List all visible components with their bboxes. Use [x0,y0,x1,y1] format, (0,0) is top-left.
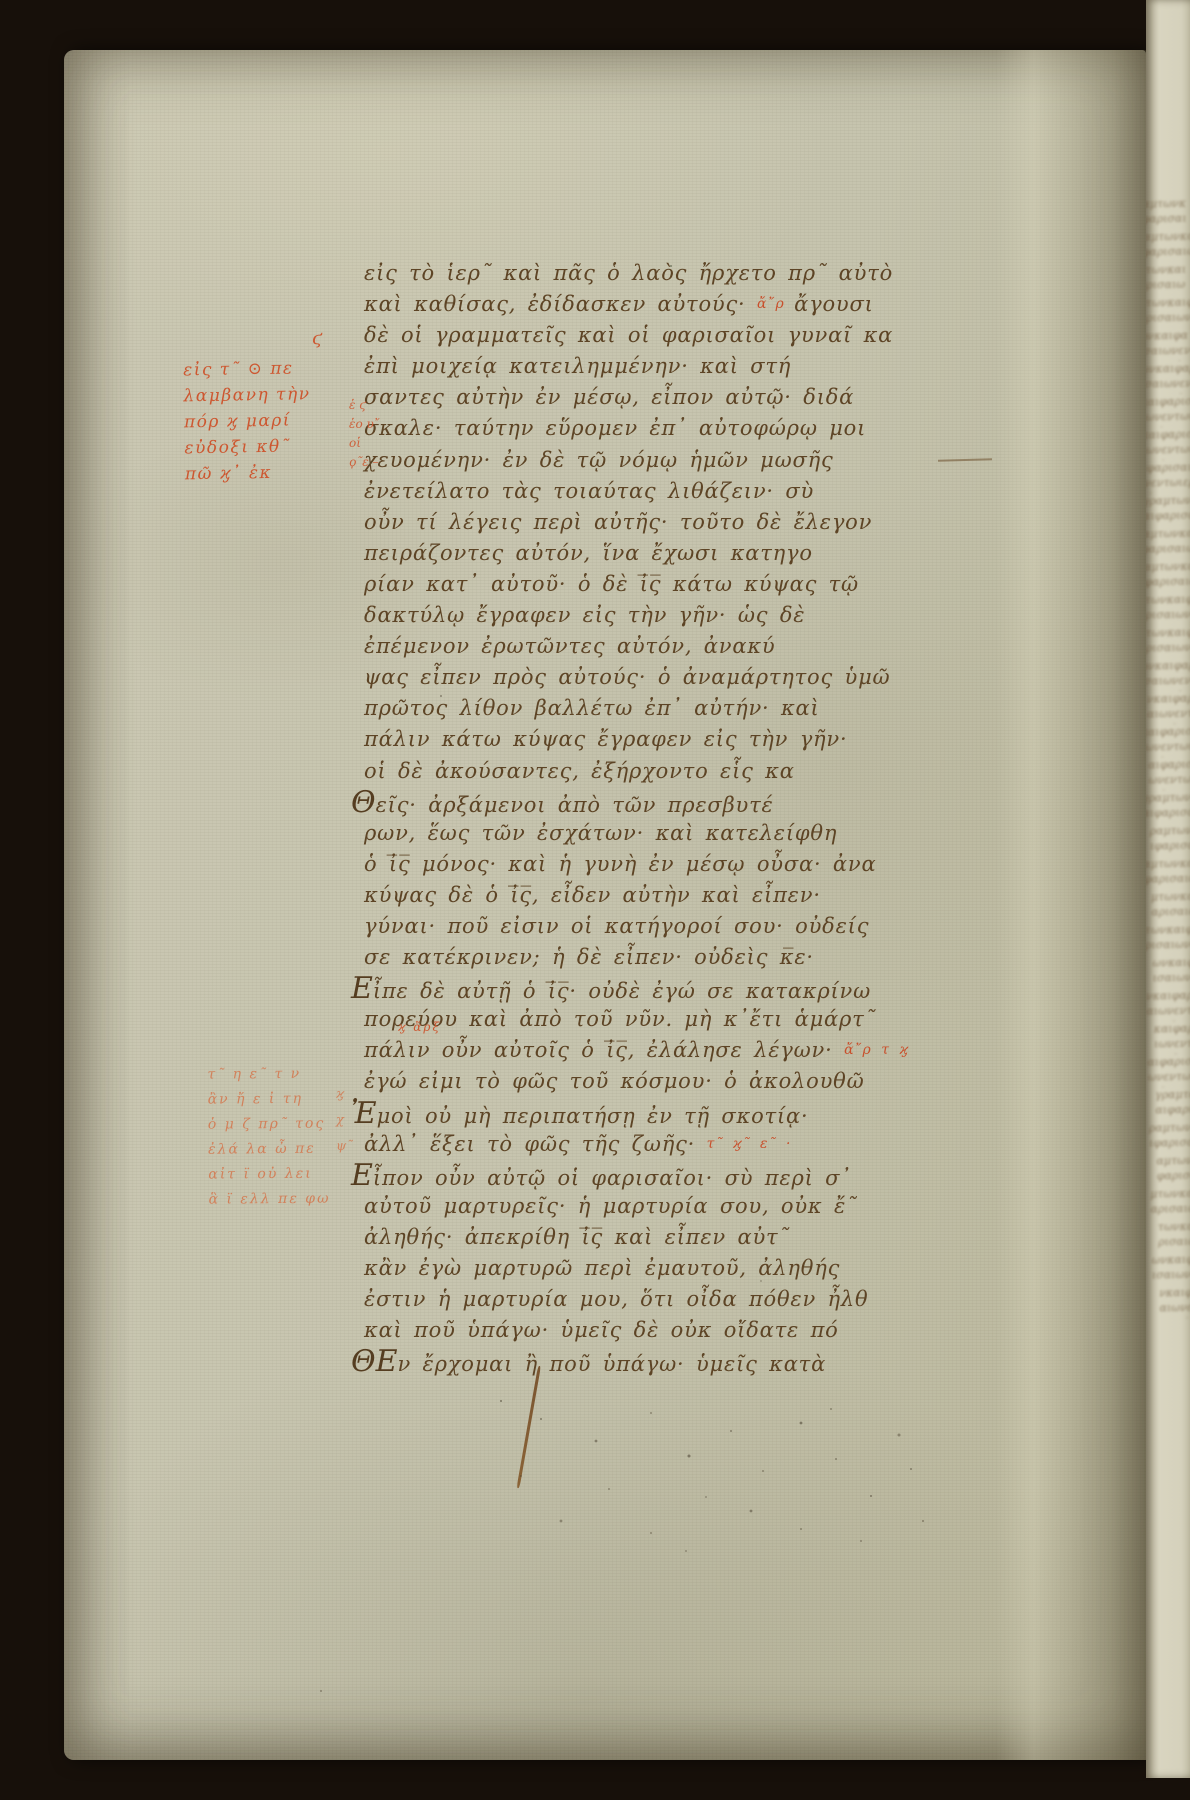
fore-edge-text-line: αιφαρισαιωνεντωιερω λεγοντεςπεριαυτουγρα… [1148,756,1190,790]
margin-mark: ψ῀ [336,1134,353,1160]
fore-edge-text-line: νκαιφαρισαιωνεντωιερω λεγοντεςπεριαυτουγ… [1147,690,1190,724]
text-line: σκαλε· ταύτην εὕρομεν ἐπ᾽ αὐτοφώρῳ μοι [364,413,1104,444]
fore-edge-text-line: ωνκαιφαρισαιωνεντωιερω λεγοντεςπεριαυτου… [1152,954,1190,988]
margin-mark: ϙ῀ε – [349,453,380,472]
text-line: πειράζοντες αὐτόν, ἵνα ἔχωσι κατηγο [364,538,1104,569]
fore-edge-text-line: γραμτωνκαιφαρισαιωνεντωιερω λεγοντεςπερι… [1146,790,1190,824]
rubric-line: αἰτ ϊ οὐ λει [208,1161,358,1187]
text-line: δὲ οἱ γραμματεῖς καὶ οἱ φαρισαῖοι γυναῖ … [364,320,1104,351]
fore-edge-text-line: τωνκαιφαρισαιωνεντωιερω λεγοντεςπεριαυτο… [1158,1218,1190,1252]
fore-edge-text-line: νκαιφαρισαιωνεντωιερω λεγοντεςπεριαυτουγ… [1146,394,1190,428]
fore-edge-text-line: τωνκαιφαρισαιωνεντωιερω λεγοντεςπεριαυτο… [1146,921,1190,955]
text-line: ΘΕν ἔρχομαι ἢ ποῦ ὑπάγω· ὑμεῖς κατὰ [364,1346,1104,1377]
text-line: πάλιν οὖν αὐτοῖς ὁ ἰ̅ς̅, ἐλάλησε λέγων· … [364,1035,1104,1066]
text-line: εἰς τὸ ἱερ῀ καὶ πᾶς ὁ λαὸς ἤρχετο πρ῀ αὐ… [364,258,1104,289]
fore-edge-text-line: γραμτωνκαιφαρισαιωνεντωιερω λεγοντεςπερι… [1155,1086,1190,1120]
text-line: οἱ δὲ ἀκούσαντες, ἐξήρχοντο εἷς κα [364,756,1104,787]
fore-edge-text-line: ραμτωνκαιφαρισαιωνεντωιερω λεγοντεςπερια… [1149,822,1190,856]
fore-edge-blurred-text: γραμτωνκαιφαρισαιωνεντωιερω λεγοντεςπερι… [1146,195,1190,1318]
text-line: αὐτοῦ μαρτυρεῖς· ἡ μαρτυρία σου, οὐκ ἔ῀ [364,1191,1104,1222]
text-line: ἐστιν ἡ μαρτυρία μου, ὅτι οἶδα πόθεν ἦλθ [364,1284,1104,1315]
fore-edge-text-line: ραμτωνκαιφαρισαιωνεντωιερω λεγοντεςπερια… [1146,526,1190,560]
margin-mark: χ [336,1108,353,1134]
fore-edge-text-line: αμτωνκαιφαρισαιωνεντωιερω λεγοντεςπεριαυ… [1146,855,1190,889]
fore-edge-text-line: νκαιφαρισαιωνεντωιερω λεγοντεςπεριαυτουγ… [1159,1284,1190,1318]
fore-edge-text-line: ραμτωνκαιφαρισαιωνεντωιερω λεγοντεςπερια… [1146,228,1190,262]
text-line: ὁ ἰ̅ς̅ μόνος· καὶ ἡ γυνὴ ἐν μέσῳ οὖσα· ἀ… [364,849,1104,880]
text-line: κἂν ἐγὼ μαρτυρῶ περὶ ἐμαυτοῦ, ἀληθής [364,1253,1104,1284]
margin-mark: ἑο υ῎ [349,415,380,434]
text-line: ἀληθής· ἀπεκρίθη ἰ̅ς̅ καὶ εἶπεν αὐτ῀ [364,1222,1104,1253]
margin-marks-upper: ἑ ϛἑο υ῎οἱϙ῀ε – [349,396,380,472]
fore-edge-text-line: μτωνκαιφαρισαιωνεντωιερω λεγοντεςπεριαυτ… [1150,1185,1190,1219]
fore-edge-text-line: μτωνκαιφαρισαιωνεντωιερω λεγοντεςπεριαυτ… [1146,592,1190,626]
fore-edge-text-line: μτωνκαιφαρισαιωνεντωιερω λεγοντεςπεριαυτ… [1146,294,1190,328]
margin-mark: ϗ [336,1082,353,1108]
rubric-line: πόρ ϗ μαρί [184,407,344,436]
fore-edge-text-line: γραμτωνκαιφαρισαιωνεντωιερω λεγοντεςπερι… [1146,196,1190,230]
rubric-line: ἃ ϊ ελλ πε φω [208,1186,358,1212]
fore-edge-text-line: καιφαρισαιωνεντωιερω λεγοντεςπεριαυτουγρ… [1146,724,1190,758]
rubric-line: λαμβανη τὴν [183,381,343,410]
fore-edge-next-leaf: γραμτωνκαιφαρισαιωνεντωιερω λεγοντεςπερι… [1146,0,1190,1778]
text-line: πάλιν κάτω κύψας ἔγραφεν εἰς τὴν γῆν· [364,724,1104,755]
fore-edge-text-line: αμτωνκαιφαρισαιωνεντωιερω λεγοντεςπεριαυ… [1146,262,1190,296]
interlinear-rubric: ϗ ἄρξ [398,1020,441,1034]
text-line: Θεῖς· ἀρξάμενοι ἀπὸ τῶν πρεσβυτέ [364,787,1104,818]
fore-edge-text-line: ωνκαιφαρισαιωνεντωιερω λεγοντεςπεριαυτου… [1146,360,1190,394]
main-text-block: εἰς τὸ ἱερ῀ καὶ πᾶς ὁ λαὸς ἤρχετο πρ῀ αὐ… [364,258,1104,1377]
text-line: κύψας δὲ ὁ ἰ̅ς̅, εἶδεν αὐτὴν καὶ εἶπεν· [364,880,1104,911]
margin-marks-lower: ϗχψ῀ [336,1082,353,1160]
rubric-line: πῶ ϗ᾽ ἐκ [185,459,345,488]
text-line: γύναι· ποῦ εἰσιν οἱ κατήγοροί σου· οὐδεί… [364,911,1104,942]
text-line: ἀλλ᾽ ἕξει τὸ φῶς τῆς ζωῆς· τ῀ ϗ῀ ε῀ · [364,1129,1104,1160]
fore-edge-text-line: τωνκαιφαρισαιωνεντωιερω λεγοντεςπεριαυτο… [1146,328,1190,362]
text-line: ἐνετείλατο τὰς τοιαύτας λιθάζειν· σὺ [364,476,1104,507]
text-line: δακτύλῳ ἔγραφεν εἰς τὴν γῆν· ὡς δὲ [364,600,1104,631]
margin-mark: οἱ [349,434,380,453]
text-line: ἐγώ εἰμι τὸ φῶς τοῦ κόσμου· ὁ ἀκολουθῶ [364,1066,1104,1097]
fore-edge-text-line: αιφαρισαιωνεντωιερω λεγοντεςπεριαυτουγρα… [1146,460,1190,494]
fore-edge-text-line: τωνκαιφαρισαιωνεντωιερω λεγοντεςπεριαυτο… [1146,624,1190,658]
ink-speckles [500,1400,502,1402]
text-line: σαντες αὐτὴν ἐν μέσῳ, εἶπον αὐτῷ· διδά [364,382,1104,413]
fore-edge-text-line: μτωνκαιφαρισαιωνεντωιερω λεγοντεςπεριαυτ… [1151,888,1190,922]
text-line: σε κατέκρινεν; ἡ δὲ εἶπεν· οὐδεὶς κ̅ε· [364,942,1104,973]
fore-edge-text-line: αμτωνκαιφαρισαιωνεντωιερω λεγοντεςπεριαυ… [1156,1152,1190,1186]
fore-edge-text-line: νκαιφαρισαιωνεντωιερω λεγοντεςπεριαυτουγ… [1146,987,1190,1021]
rubric-line: εὐδοξι κθ῀ [184,433,344,462]
text-line: καὶ καθίσας, ἐδίδασκεν αὐτούς· ἄ῎ρ ἄγουσ… [364,289,1104,320]
fore-edge-text-line: καιφαρισαιωνεντωιερω λεγοντεςπεριαυτουγρ… [1154,1020,1190,1054]
fore-edge-text-line: ωνκαιφαρισαιωνεντωιερω λεγοντεςπεριαυτου… [1151,1251,1190,1285]
text-line: Ἐμοὶ οὐ μὴ περιπατήσῃ ἐν τῇ σκοτίᾳ· [364,1098,1104,1129]
text-line: καὶ ποῦ ὑπάγω· ὑμεῖς δὲ οὐκ οἴδατε πό [364,1315,1104,1346]
rubric-line: εἰς τ῀ ⊙ πε [183,355,343,384]
rubric-tick: ϛ [312,328,322,349]
fore-edge-text-line: αμτωνκαιφαρισαιωνεντωιερω λεγοντεςπεριαυ… [1146,558,1190,592]
text-line: οὖν τί λέγεις περὶ αὐτῆς· τοῦτο δὲ ἔλεγο… [364,507,1104,538]
text-line: ψας εἶπεν πρὸς αὐτούς· ὁ ἀναμάρτητος ὑμῶ [364,662,1104,693]
text-line: πορεύου καὶ ἀπὸ τοῦ νῦν. μὴ κ᾽ἔτι ἁμάρτ῀ [364,1004,1104,1035]
fore-edge-text-line: γραμτωνκαιφαρισαιωνεντωιερω λεγοντεςπερι… [1146,492,1190,526]
fore-edge-text-line: αιφαρισαιωνεντωιερω λεγοντεςπεριαυτουγρα… [1147,1053,1190,1087]
rubric-note-upper: εἰς τ῀ ⊙ πελαμβανη τὴνπόρ ϗ μαρίεὐδοξι κ… [183,355,345,488]
fore-edge-text-line: ραμτωνκαιφαρισαιωνεντωιερω λεγοντεςπερια… [1149,1119,1190,1153]
text-line: πρῶτος λίθον βαλλέτω ἐπ᾽ αὐτήν· καὶ [364,693,1104,724]
fore-edge-text-line: ωνκαιφαρισαιωνεντωιερω λεγοντεςπεριαυτου… [1146,658,1190,692]
text-line: ρων, ἕως τῶν ἐσχάτων· καὶ κατελείφθη [364,818,1104,849]
text-line: Εἶπον οὖν αὐτῷ οἱ φαρισαῖοι· σὺ περὶ σ᾽ [364,1160,1104,1191]
fore-edge-text-line: καιφαρισαιωνεντωιερω λεγοντεςπεριαυτουγρ… [1146,426,1190,460]
text-line: ἐπὶ μοιχείᾳ κατειλημμένην· καὶ στή [364,351,1104,382]
text-line: ρίαν κατ᾽ αὐτοῦ· ὁ δὲ ἰ̅ς̅ κάτω κύψας τῷ [364,569,1104,600]
text-line: ἐπέμενον ἐρωτῶντες αὐτόν, ἀνακύ [364,631,1104,662]
text-line: χευομένην· ἐν δὲ τῷ νόμῳ ἡμῶν μωσῆς [364,445,1104,476]
text-line: Εἶπε δὲ αὐτῇ ὁ ἰ̅ς̅· οὐδὲ ἐγώ σε κατακρί… [364,973,1104,1004]
margin-mark: ἑ ϛ [349,396,380,415]
